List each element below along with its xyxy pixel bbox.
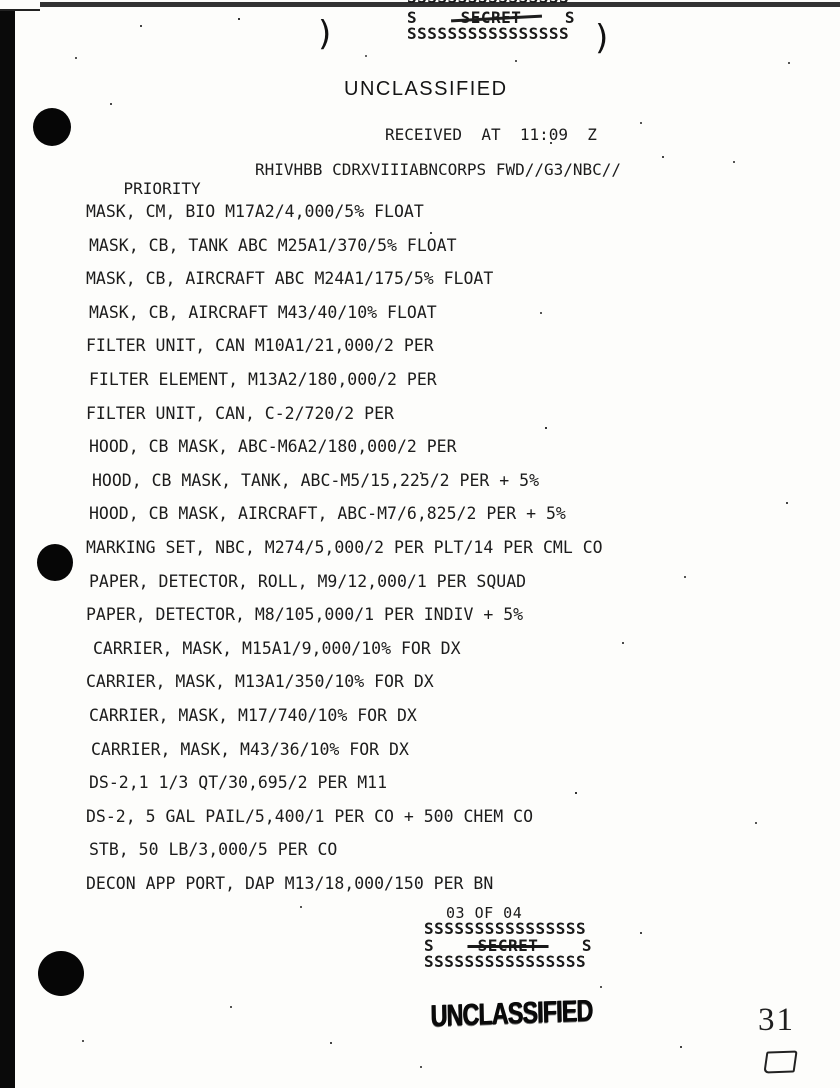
corner-doodle-box — [763, 1050, 797, 1073]
unclassified-stamp: UNCLASSIFIED — [430, 994, 592, 1034]
routing-line: RHIVHBB CDRXVIIIABNCORPS FWD//G3/NBC// — [255, 160, 621, 179]
equipment-list-line: PAPER, DETECTOR, ROLL, M9/12,000/1 PER S… — [89, 572, 789, 606]
equipment-list-line: MASK, CM, BIO M17A2/4,000/5% FLOAT — [86, 202, 786, 236]
received-line: RECEIVED AT 11:09 Z — [385, 125, 597, 144]
equipment-list: MASK, CM, BIO M17A2/4,000/5% FLOATMASK, … — [86, 202, 786, 907]
page-number: 31 — [758, 1002, 795, 1039]
s-row: SSSSSSSSSSSSSSSS — [407, 26, 575, 42]
equipment-list-line: HOOD, CB MASK, AIRCRAFT, ABC-M7/6,825/2 … — [89, 504, 789, 538]
equipment-list-line: HOOD, CB MASK, TANK, ABC-M5/15,225/2 PER… — [92, 471, 792, 505]
equipment-list-line: FILTER UNIT, CAN M10A1/21,000/2 PER — [86, 336, 786, 370]
page-classification-header: UNCLASSIFIED — [344, 78, 508, 101]
equipment-list-line: CARRIER, MASK, M17/740/10% FOR DX — [89, 706, 789, 740]
scan-corner-notch — [0, 0, 40, 11]
equipment-list-line: PAPER, DETECTOR, M8/105,000/1 PER INDIV … — [86, 605, 786, 639]
equipment-list-line: STB, 50 LB/3,000/5 PER CO — [89, 840, 789, 874]
equipment-list-line: DS-2, 5 GAL PAIL/5,400/1 PER CO + 500 CH… — [86, 807, 786, 841]
scan-edge-bar — [0, 7, 15, 1088]
hole-punch-middle — [37, 544, 73, 581]
equipment-list-line: CARRIER, MASK, M15A1/9,000/10% FOR DX — [93, 639, 793, 673]
equipment-list-line: MASK, CB, TANK ABC M25A1/370/5% FLOAT — [89, 236, 789, 270]
clipped-s-row: SSSSSSSSSSSSSSSS — [407, 0, 575, 8]
equipment-list-line: CARRIER, MASK, M13A1/350/10% FOR DX — [86, 672, 786, 706]
equipment-list-line: MARKING SET, NBC, M274/5,000/2 PER PLT/1… — [86, 538, 786, 572]
equipment-list-line: CARRIER, MASK, M43/36/10% FOR DX — [91, 740, 791, 774]
hole-punch-top — [33, 108, 71, 146]
equipment-list-line: FILTER UNIT, CAN, C-2/720/2 PER — [86, 404, 786, 438]
equipment-list-line: MASK, CB, AIRCRAFT ABC M24A1/175/5% FLOA… — [86, 269, 786, 303]
handwritten-paren-right: ) — [592, 18, 612, 58]
classification-banner-bottom: 03 OF 04 SSSSSSSSSSSSSSSS S -SECRET- S S… — [424, 905, 592, 970]
priority-label: PRIORITY — [124, 179, 201, 198]
s-row: SSSSSSSSSSSSSSSS — [424, 954, 592, 970]
classification-banner-top: SSSSSSSSSSSSSSSS S SECRET S SSSSSSSSSSSS… — [407, 0, 575, 42]
equipment-list-line: FILTER ELEMENT, M13A2/180,000/2 PER — [89, 370, 789, 404]
handwritten-paren-left: ) — [315, 14, 335, 54]
equipment-list-line: DS-2,1 1/3 QT/30,695/2 PER M11 — [89, 773, 789, 807]
equipment-list-line: HOOD, CB MASK, ABC-M6A2/180,000/2 PER — [89, 437, 789, 471]
hole-punch-bottom — [38, 951, 84, 996]
struck-secret-word: SECRET — [461, 10, 522, 26]
scanned-document-page: SSSSSSSSSSSSSSSS S SECRET S SSSSSSSSSSSS… — [0, 0, 840, 1088]
equipment-list-line: MASK, CB, AIRCRAFT M43/40/10% FLOAT — [89, 303, 789, 337]
equipment-list-line: DECON APP PORT, DAP M13/18,000/150 PER B… — [86, 874, 786, 908]
